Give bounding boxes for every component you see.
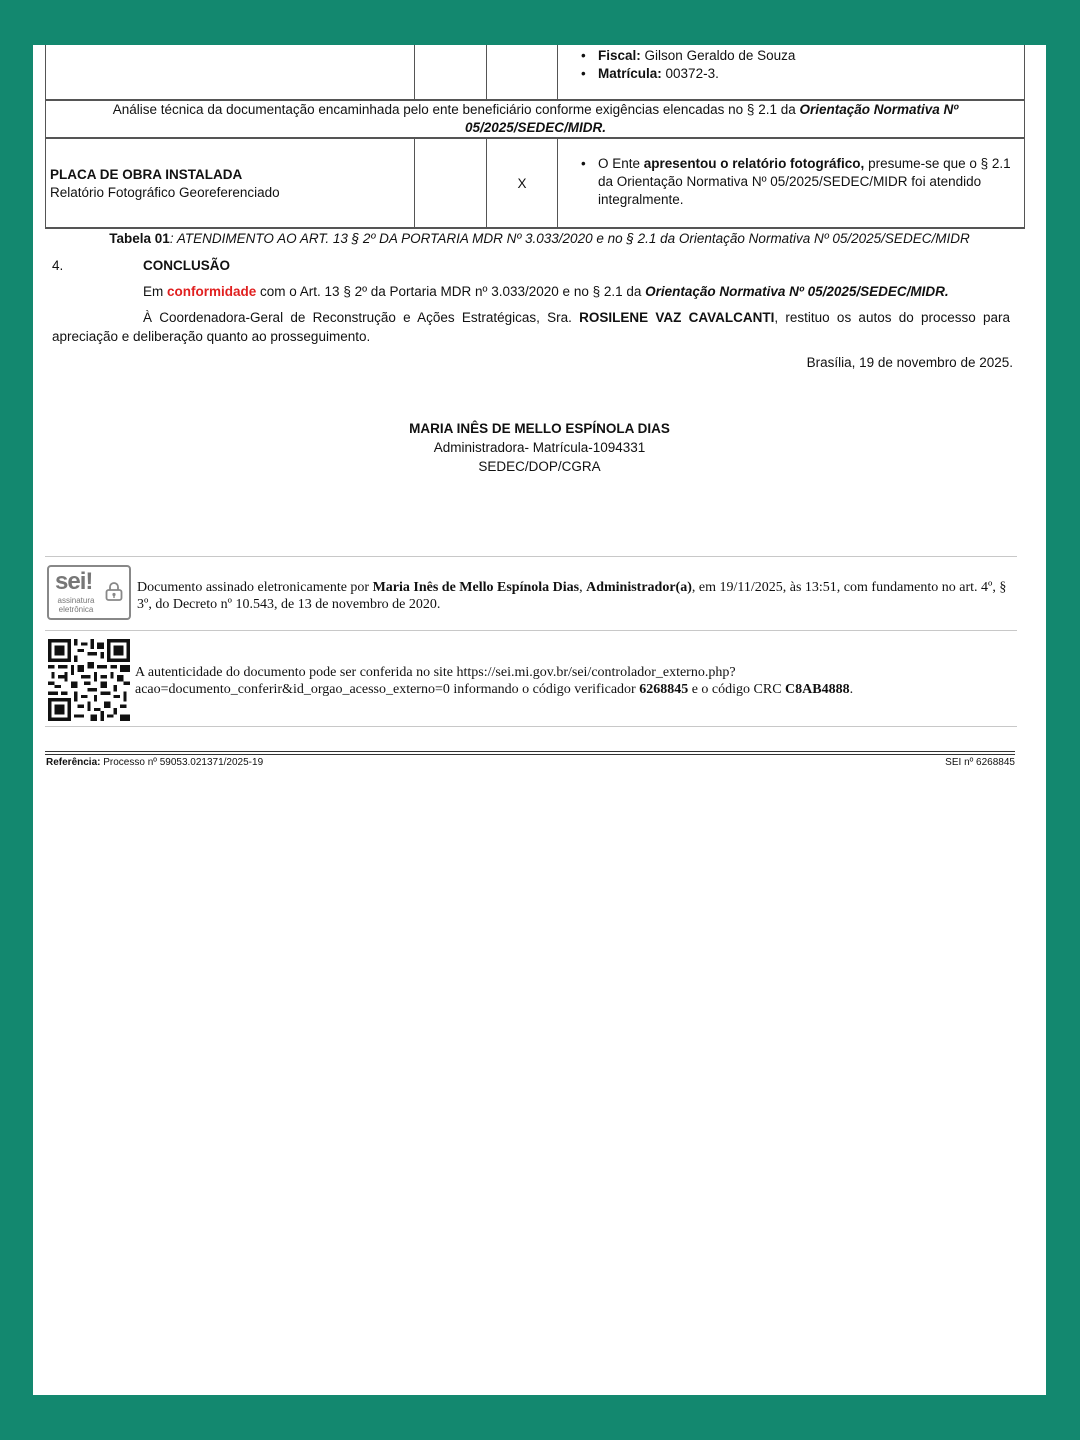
p2-pre: À Coordenadora-Geral de Reconstrução e A… [143,310,579,325]
section-number: 4. [52,256,63,275]
signer-unit: SEDEC/DOP/CGRA [33,457,1046,476]
footer-rule [45,751,1015,752]
p2-bold-name: ROSILENE VAZ CAVALCANTI [579,310,774,325]
sei-logo-sub2: eletrônica [54,605,98,614]
row-note: O Ente apresentou o relatório fotográfic… [578,155,1024,209]
reference-label: Referência: [46,757,100,768]
table-caption: Tabela 01: ATENDIMENTO AO ART. 13 § 2º D… [33,230,1046,248]
row-subtitle: Relatório Fotográfico Georeferenciado [50,184,410,202]
table-col-divider [557,45,558,99]
caption-text: : ATENDIMENTO AO ART. 13 § 2º DA PORTARI… [170,231,970,246]
authenticity-line2-end: . [850,682,854,697]
esig-pre: Documento assinado eletronicamente por [137,580,373,595]
footer-sei-number: SEI nº 6268845 [945,756,1015,769]
sei-logo-subtitle: assinatura eletrônica [54,596,98,614]
table-row-item: PLACA DE OBRA INSTALADA Relatório Fotogr… [50,166,410,202]
fiscal-label: Fiscal: [598,48,641,63]
matricula-label: Matrícula: [598,66,662,81]
section-header-text: Análise técnica da documentação encaminh… [113,102,800,117]
crc-code: C8AB4888 [785,682,850,697]
authenticity-line1: A autenticidade do documento pode ser co… [135,664,1025,681]
authenticity-line2-pre: acao=documento_conferir&id_orgao_acesso_… [135,682,639,697]
fiscal-info: Fiscal: Gilson Geraldo de Souza Matrícul… [578,47,1018,83]
table-row-divider [45,137,1025,139]
p1-mid: com o Art. 13 § 2º da Portaria MDR nº 3.… [256,284,645,299]
caption-label: Tabela 01 [109,231,170,246]
authenticity-line2: acao=documento_conferir&id_orgao_acesso_… [135,681,1025,698]
table-col-divider [414,138,415,228]
esig-role: Administrador(a) [586,580,692,595]
conformidade-highlight: conformidade [167,284,256,299]
footer-reference: Referência: Processo nº 59053.021371/202… [46,756,263,769]
sei-logo-sub1: assinatura [54,596,98,605]
table-col-divider [486,45,487,99]
note-pre: O Ente [598,156,644,171]
electronic-signature-text: Documento assinado eletronicamente por M… [137,579,1017,613]
verifier-code: 6268845 [639,682,688,697]
table-col-divider [414,45,415,99]
matricula-value: 00372-3. [666,66,719,81]
signer-name: MARIA INÊS DE MELLO ESPÍNOLA DIAS [33,419,1046,438]
authenticity-line2-mid: e o código CRC [688,682,785,697]
reference-value: Processo nº 59053.021371/2025-19 [100,757,263,768]
signer-role: Administradora- Matrícula-1094331 [33,438,1046,457]
fiscal-value: Gilson Geraldo de Souza [645,48,796,63]
place-date: Brasília, 19 de novembro de 2025. [807,353,1013,372]
p1-pre: Em [143,284,167,299]
qr-code-icon[interactable] [48,639,130,721]
row-title: PLACA DE OBRA INSTALADA [50,166,410,184]
divider [45,556,1017,557]
divider [45,726,1017,727]
conclusion-paragraph-1: Em conformidade com o Art. 13 § 2º da Po… [143,282,1023,301]
document-page: Fiscal: Gilson Geraldo de Souza Matrícul… [33,45,1046,1395]
fiscal-bullet: Fiscal: Gilson Geraldo de Souza [578,47,1018,65]
sei-logo-word: sei! [55,568,92,596]
sei-signature-logo: sei! assinatura eletrônica [47,565,131,620]
lock-icon [105,581,123,601]
divider [45,630,1017,631]
table-section-header: Análise técnica da documentação encaminh… [63,101,1008,137]
esig-signer: Maria Inês de Mello Espínola Dias [373,580,580,595]
authenticity-text: A autenticidade do documento pode ser co… [135,664,1025,698]
conclusion-paragraph-2: À Coordenadora-Geral de Reconstrução e A… [52,308,1010,346]
row-note-bullet: O Ente apresentou o relatório fotográfic… [578,155,1024,209]
row-check-mark: X [487,175,557,193]
table-row-divider [45,227,1025,229]
matricula-bullet: Matrícula: 00372-3. [578,65,1018,83]
signature-block: MARIA INÊS DE MELLO ESPÍNOLA DIAS Admini… [33,419,1046,476]
section-heading: CONCLUSÃO [143,256,230,275]
note-bold: apresentou o relatório fotográfico, [644,156,865,171]
p1-emphasis: Orientação Normativa Nº 05/2025/SEDEC/MI… [645,284,949,299]
footer-rule [45,754,1015,755]
table-col-divider [557,138,558,228]
